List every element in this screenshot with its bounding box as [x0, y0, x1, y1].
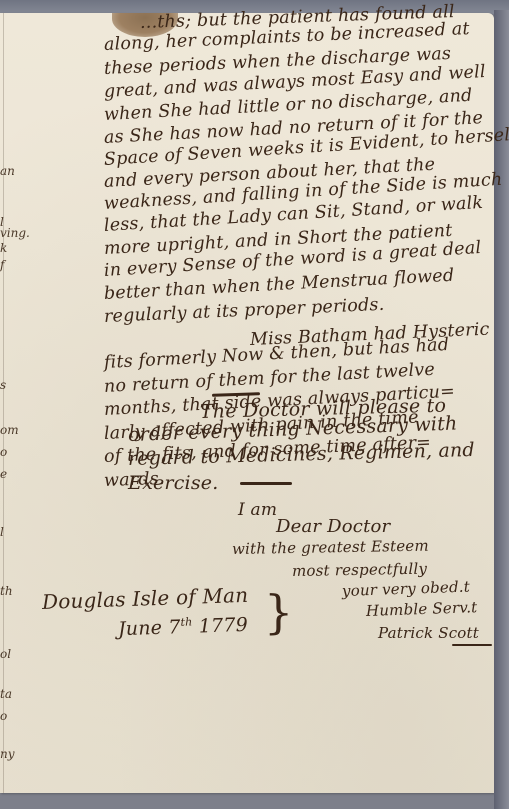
valediction-line: Dear Doctor — [276, 516, 390, 537]
margin-fragment: ol — [0, 647, 11, 661]
margin-fragment: k — [0, 241, 7, 255]
closing-line: Exercise. — [128, 472, 218, 494]
margin-fragment: f — [0, 258, 4, 272]
valediction-line: I am — [238, 500, 277, 520]
margin-fragment: s — [0, 378, 6, 392]
brace: } — [264, 585, 293, 639]
date-month-day: June 7 — [118, 616, 181, 640]
margin-fragment: o — [0, 445, 7, 459]
valediction-line: most respectfully — [292, 560, 427, 580]
page-edge-line — [3, 13, 4, 793]
valediction-line: with the greatest Esteem — [232, 537, 429, 558]
line-end-dash — [240, 482, 292, 485]
margin-fragment: ta — [0, 687, 12, 701]
margin-fragment: o — [0, 709, 7, 723]
margin-fragment: th — [0, 584, 13, 598]
margin-fragment: l — [0, 525, 4, 539]
margin-fragment: om — [0, 423, 19, 437]
date-ordinal: th — [180, 615, 192, 628]
margin-fragment: an — [0, 164, 15, 178]
signature-underline — [452, 644, 492, 646]
margin-fragment: ving. — [0, 226, 30, 240]
date-year: 1779 — [198, 614, 248, 638]
margin-fragment: e — [0, 467, 7, 481]
margin-fragment: ny — [0, 747, 15, 761]
signature: Patrick Scott — [378, 624, 479, 642]
date-line: June 7th 1779 — [118, 613, 249, 640]
